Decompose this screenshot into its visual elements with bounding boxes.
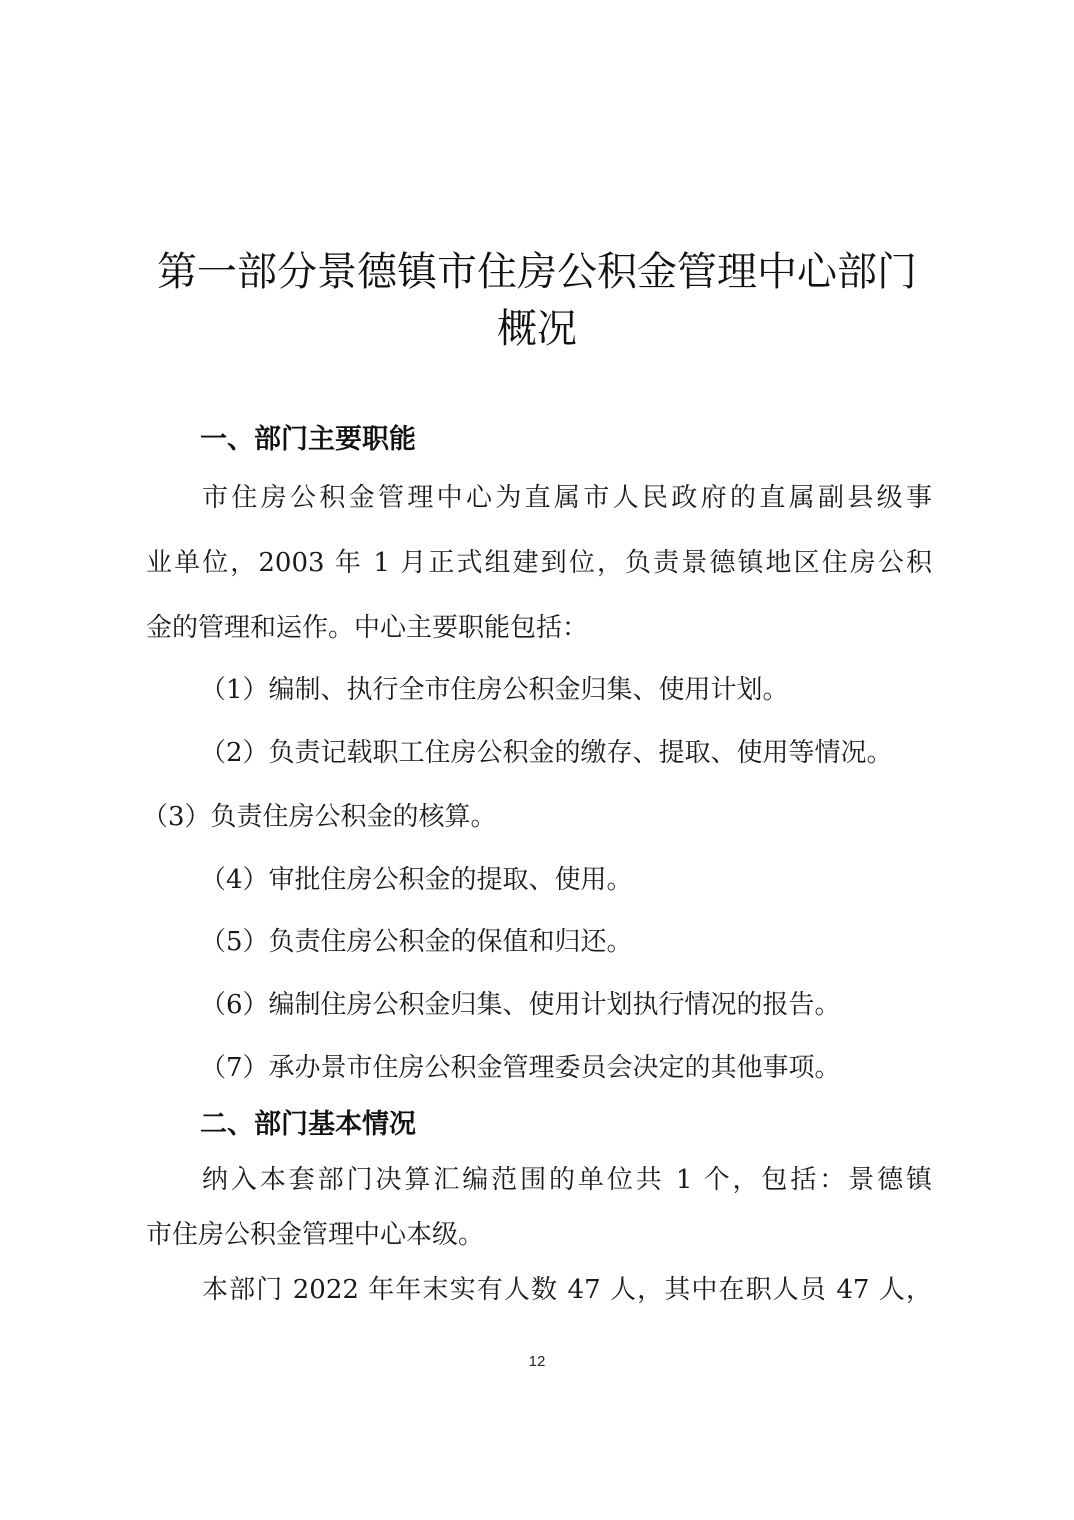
- page-title-line1: 第一部分景德镇市住房公积金管理中心部门: [0, 248, 1074, 296]
- document-page: 第一部分景德镇市住房公积金管理中心部门 概况 一、部门主要职能 市住房公积金管理…: [0, 0, 1074, 1520]
- page-title-line2: 概况: [0, 305, 1074, 353]
- function-item: （5）负责住房公积金的保值和归还。: [200, 925, 633, 959]
- function-item: （3）负责住房公积金的核算。: [142, 800, 497, 834]
- function-item: （7）承办景市住房公积金管理委员会决定的其他事项。: [200, 1051, 841, 1085]
- section1-intro-line: 业单位，2003 年 1 月正式组建到位，负责景德镇地区住房公积: [146, 546, 932, 580]
- section1-intro-line: 金的管理和运作。中心主要职能包括：: [146, 611, 588, 645]
- page-number: 12: [0, 1352, 1074, 1372]
- section2-heading: 二、部门基本情况: [200, 1108, 416, 1142]
- section1-heading: 一、部门主要职能: [200, 423, 416, 457]
- section2-line: 本部门 2022 年年末实有人数 47 人，其中在职人员 47 人，: [202, 1273, 932, 1307]
- section2-line: 纳入本套部门决算汇编范围的单位共 1 个，包括：景德镇: [202, 1163, 932, 1197]
- function-item: （1）编制、执行全市住房公积金归集、使用计划。: [200, 673, 789, 707]
- section1-intro-line: 市住房公积金管理中心为直属市人民政府的直属副县级事: [202, 481, 932, 515]
- function-item: （4）审批住房公积金的提取、使用。: [200, 863, 633, 897]
- function-item: （6）编制住房公积金归集、使用计划执行情况的报告。: [200, 988, 841, 1022]
- function-item: （2）负责记载职工住房公积金的缴存、提取、使用等情况。: [200, 736, 893, 770]
- section2-line: 市住房公积金管理中心本级。: [146, 1218, 484, 1252]
